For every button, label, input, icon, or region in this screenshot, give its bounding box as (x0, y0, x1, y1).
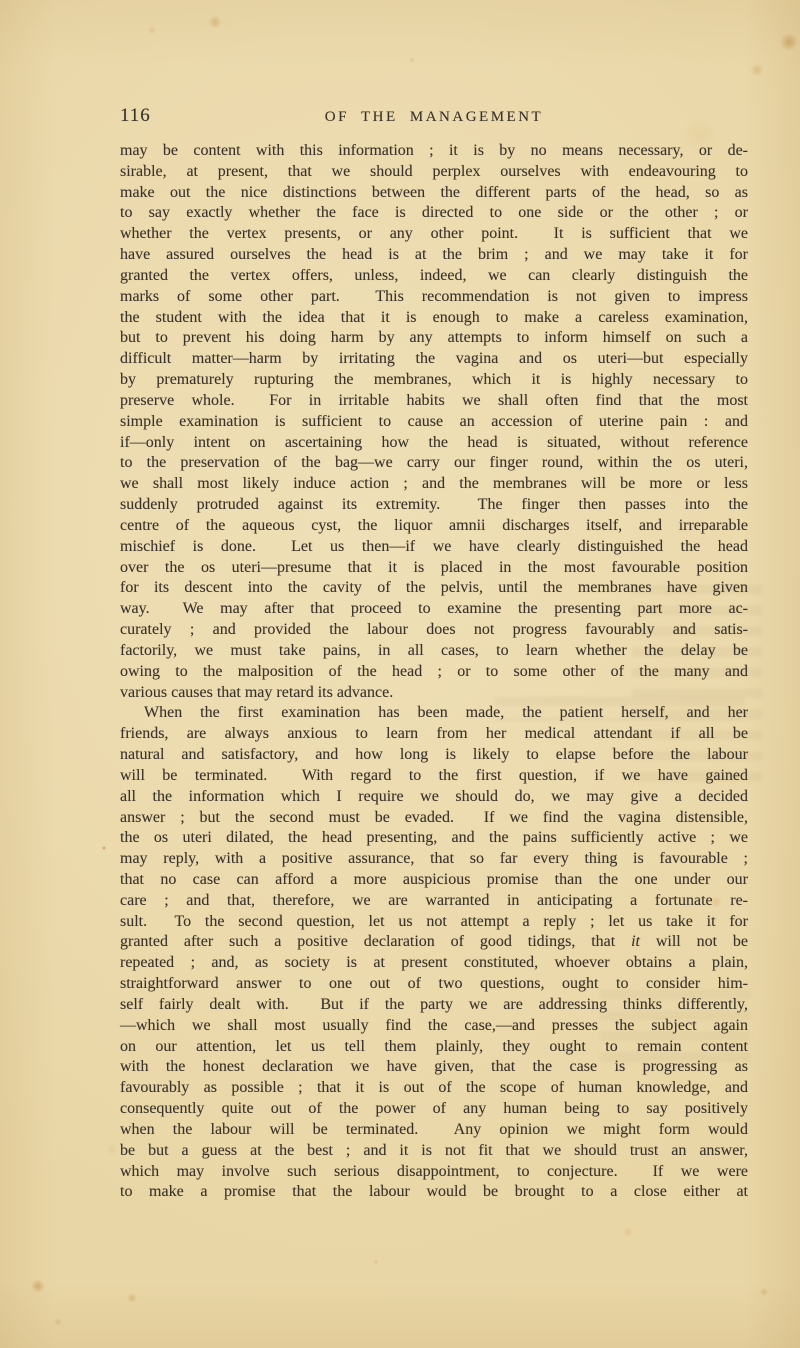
text-line: that no case can afford a more auspiciou… (120, 870, 748, 891)
text-line: centre of the aqueous cyst, the liquor a… (120, 516, 748, 537)
text-line: favourably as possible ; that it is out … (120, 1078, 748, 1099)
text-line: straightforward answer to one out of two… (120, 974, 748, 995)
text-line: will be terminated. With regard to the f… (120, 766, 748, 787)
running-header: OF THE MANAGEMENT (120, 109, 748, 126)
text-line: factorily, we must take pains, in all ca… (120, 641, 748, 662)
text-line: if—only intent on ascertaining how the h… (120, 433, 748, 454)
text-line: granted after such a positive declaratio… (120, 932, 748, 953)
text-line: way. We may after that proceed to examin… (120, 599, 748, 620)
text-line: to the preservation of the bag—we carry … (120, 453, 748, 474)
text-line: repeated ; and, as society is at present… (120, 953, 748, 974)
text-line: various causes that may retard its advan… (120, 683, 748, 704)
text-line: difficult matter—harm by irritating the … (120, 349, 748, 370)
text-line: consequently quite out of the power of a… (120, 1099, 748, 1120)
text-line: owing to the malposition of the head ; o… (120, 662, 748, 683)
text-line: with the honest declaration we have give… (120, 1057, 748, 1078)
text-line: we shall most likely induce action ; and… (120, 474, 748, 495)
body-text: may be content with this information ; i… (120, 141, 748, 1203)
text-line: over the os uteri—presume that it is pla… (120, 558, 748, 579)
text-line: but to prevent his doing harm by any att… (120, 328, 748, 349)
text-line: natural and satisfactory, and how long i… (120, 745, 748, 766)
text-line: answer ; but the second must be evaded. … (120, 808, 748, 829)
text-line: the student with the idea that it is eno… (120, 308, 748, 329)
text-line: on our attention, let us tell them plain… (120, 1037, 748, 1058)
text-line: sirable, at present, that we should perp… (120, 162, 748, 183)
text-line: have assured ourselves the head is at th… (120, 245, 748, 266)
text-line: granted the vertex offers, unless, indee… (120, 266, 748, 287)
text-line: —which we shall most usually find the ca… (120, 1016, 748, 1037)
text-line: suddenly protruded against its extremity… (120, 495, 748, 516)
text-line: simple examination is sufficient to caus… (120, 412, 748, 433)
text-line: mischief is done. Let us then—if we have… (120, 537, 748, 558)
book-page: 116 OF THE MANAGEMENT may be content wit… (0, 0, 800, 1348)
text-line: whether the vertex presents, or any othe… (120, 224, 748, 245)
text-line: make out the nice distinctions between t… (120, 183, 748, 204)
text-line: friends, are always anxious to learn fro… (120, 724, 748, 745)
text-line: may reply, with a positive assurance, th… (120, 849, 748, 870)
text-line: by prematurely rupturing the membranes, … (120, 370, 748, 391)
text-line: to say exactly whether the face is direc… (120, 203, 748, 224)
text-line: to make a promise that the labour would … (120, 1182, 748, 1203)
text-line: curately ; and provided the labour does … (120, 620, 748, 641)
text-line: preserve whole. For in irritable habits … (120, 391, 748, 412)
text-line: marks of some other part. This recommend… (120, 287, 748, 308)
text-line: be but a guess at the best ; and it is n… (120, 1141, 748, 1162)
text-line: when the labour will be terminated. Any … (120, 1120, 748, 1141)
text-line: for its descent into the cavity of the p… (120, 578, 748, 599)
text-line: self fairly dealt with. But if the party… (120, 995, 748, 1016)
text-line: may be content with this information ; i… (120, 141, 748, 162)
text-line: which may involve such serious disappoin… (120, 1162, 748, 1183)
text-line: the os uteri dilated, the head presentin… (120, 828, 748, 849)
text-line: care ; and that, therefore, we are warra… (120, 891, 748, 912)
text-line: When the first examination has been made… (120, 703, 748, 724)
text-line: sult. To the second question, let us not… (120, 912, 748, 933)
text-line: all the information which I require we s… (120, 787, 748, 808)
